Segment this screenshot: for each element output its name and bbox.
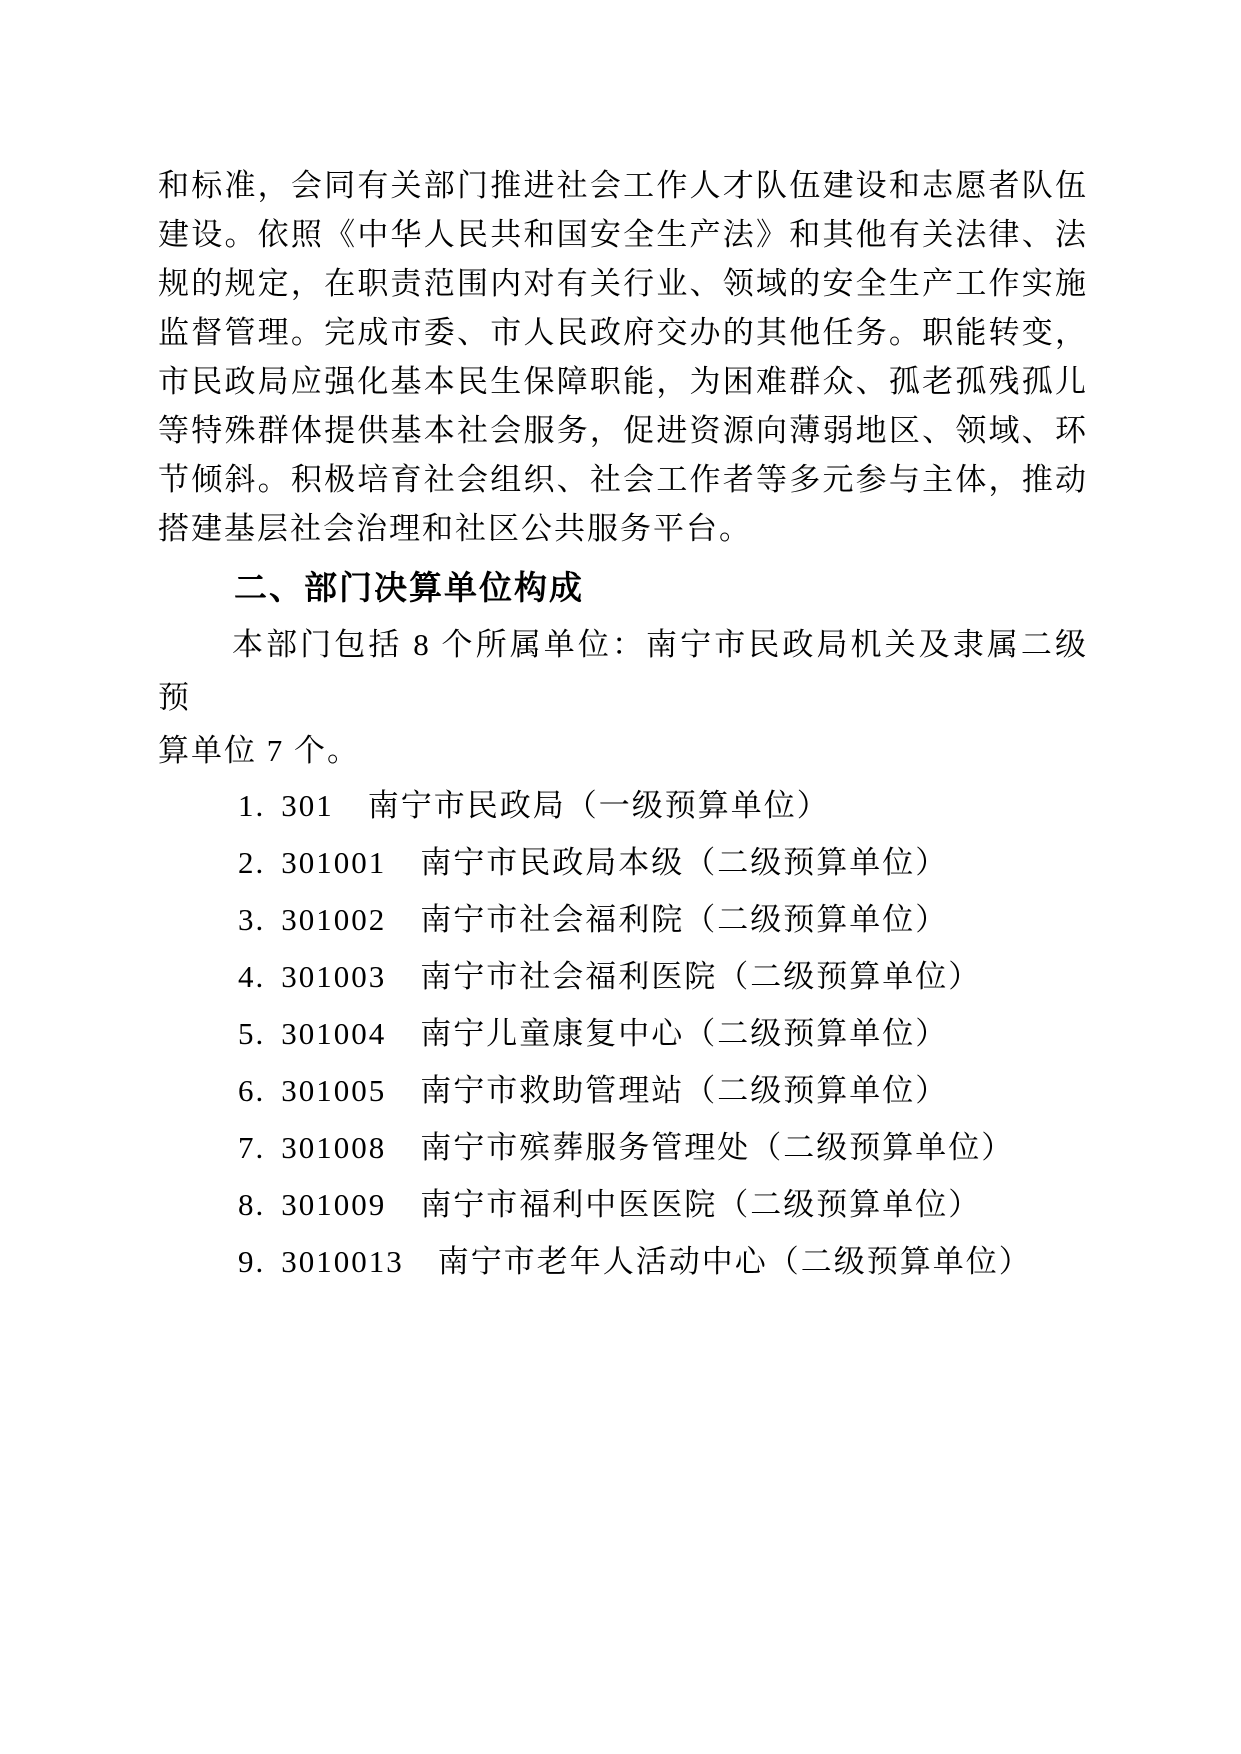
paragraph-line: 监督管理。完成市委、市人民政府交办的其他任务。职能转变，	[158, 308, 1088, 357]
list-item-name: 南宁市福利中医医院（二级预算单位）	[420, 1187, 981, 1222]
list-item-name: 南宁市殡葬服务管理处（二级预算单位）	[420, 1130, 1014, 1165]
list-item-name: 南宁儿童康复中心（二级预算单位）	[420, 1016, 948, 1051]
list-item-number: 7.	[238, 1130, 265, 1165]
list-item-code: 301001	[281, 845, 386, 880]
list-item-name: 南宁市老年人活动中心（二级预算单位）	[438, 1244, 1032, 1279]
list-item-number: 1.	[238, 788, 265, 823]
list-item-code: 301004	[281, 1016, 386, 1051]
document-content: 和标准，会同有关部门推进社会工作人才队伍建设和志愿者队伍 建设。依照《中华人民共…	[158, 161, 1088, 1290]
list-item-code: 301	[281, 788, 334, 823]
list-item-code: 301009	[281, 1187, 386, 1222]
list-item-code: 301002	[281, 902, 386, 937]
list-item-name: 南宁市社会福利院（二级预算单位）	[420, 902, 948, 937]
paragraph-line: 市民政局应强化基本民生保障职能，为困难群众、孤老孤残孤儿	[158, 357, 1088, 406]
list-item-number: 6.	[238, 1073, 265, 1108]
paragraph-continuation: 和标准，会同有关部门推进社会工作人才队伍建设和志愿者队伍 建设。依照《中华人民共…	[158, 161, 1088, 553]
list-item: 4.301003南宁市社会福利医院（二级预算单位）	[158, 948, 1088, 1005]
paragraph-line: 算单位 7 个。	[158, 724, 1088, 777]
paragraph-line: 等特殊群体提供基本社会服务，促进资源向薄弱地区、领域、环	[158, 406, 1088, 455]
list-item: 1.301南宁市民政局（一级预算单位）	[158, 777, 1088, 834]
paragraph-line: 本部门包括 8 个所属单位：南宁市民政局机关及隶属二级预	[158, 618, 1088, 724]
intro-paragraph: 本部门包括 8 个所属单位：南宁市民政局机关及隶属二级预 算单位 7 个。	[158, 618, 1088, 777]
list-item-name: 南宁市社会福利医院（二级预算单位）	[420, 959, 981, 994]
list-item-name: 南宁市民政局本级（二级预算单位）	[420, 845, 948, 880]
list-item: 6.301005南宁市救助管理站（二级预算单位）	[158, 1062, 1088, 1119]
list-item-number: 2.	[238, 845, 265, 880]
list-item-code: 301005	[281, 1073, 386, 1108]
list-item-number: 9.	[238, 1244, 265, 1279]
list-item-number: 4.	[238, 959, 265, 994]
list-item: 5.301004南宁儿童康复中心（二级预算单位）	[158, 1005, 1088, 1062]
list-item: 2.301001南宁市民政局本级（二级预算单位）	[158, 834, 1088, 891]
list-item-code: 301008	[281, 1130, 386, 1165]
list-item: 9.3010013南宁市老年人活动中心（二级预算单位）	[158, 1233, 1088, 1290]
list-item-name: 南宁市民政局（一级预算单位）	[368, 788, 830, 823]
list-item-name: 南宁市救助管理站（二级预算单位）	[420, 1073, 948, 1108]
paragraph-line: 建设。依照《中华人民共和国安全生产法》和其他有关法律、法	[158, 210, 1088, 259]
list-item-number: 5.	[238, 1016, 265, 1051]
list-item-number: 8.	[238, 1187, 265, 1222]
section-heading: 二、部门决算单位构成	[158, 563, 1088, 612]
budget-unit-list: 1.301南宁市民政局（一级预算单位） 2.301001南宁市民政局本级（二级预…	[158, 777, 1088, 1290]
list-item: 3.301002南宁市社会福利院（二级预算单位）	[158, 891, 1088, 948]
list-item-code: 3010013	[281, 1244, 404, 1279]
list-item-code: 301003	[281, 959, 386, 994]
paragraph-line: 和标准，会同有关部门推进社会工作人才队伍建设和志愿者队伍	[158, 161, 1088, 210]
list-item: 7.301008南宁市殡葬服务管理处（二级预算单位）	[158, 1119, 1088, 1176]
list-item-number: 3.	[238, 902, 265, 937]
list-item: 8.301009南宁市福利中医医院（二级预算单位）	[158, 1176, 1088, 1233]
paragraph-line: 搭建基层社会治理和社区公共服务平台。	[158, 504, 1088, 553]
paragraph-line: 节倾斜。积极培育社会组织、社会工作者等多元参与主体，推动	[158, 455, 1088, 504]
paragraph-line: 规的规定，在职责范围内对有关行业、领域的安全生产工作实施	[158, 259, 1088, 308]
document-page: 和标准，会同有关部门推进社会工作人才队伍建设和志愿者队伍 建设。依照《中华人民共…	[0, 0, 1241, 1754]
